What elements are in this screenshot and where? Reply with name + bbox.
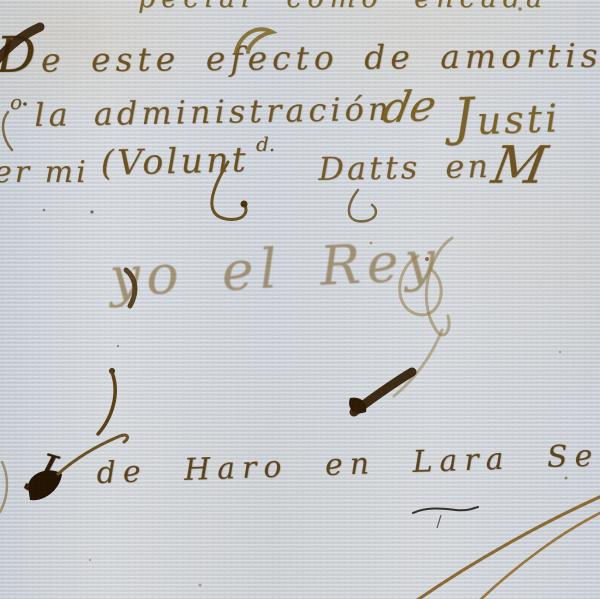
manuscript-line-top-clipped: pecial como encada: [138, 0, 548, 14]
royal-signature: yo el Rey: [108, 229, 443, 309]
manuscript-line-4-initial: M: [487, 136, 551, 196]
manuscript-photo: pecial como encada De este efecto de amo…: [0, 0, 600, 599]
bottom-right-flourish-lines: [416, 496, 600, 599]
manuscript-line-4-mid-superscript: d.: [256, 132, 275, 156]
manuscript-line-4-mid: (Volunt: [100, 140, 249, 184]
scratch-mark: [413, 507, 478, 528]
countersignature-initial: J: [30, 444, 61, 498]
manuscript-line-3-abbreviation: de: [378, 81, 440, 133]
countersignature: de Haro en Lara Serr: [96, 437, 600, 491]
manuscript-line-3-superscript: o: [10, 90, 22, 114]
ink-flourish-line3-left-curl: [3, 112, 12, 150]
manuscript-line-4-left: er mi: [0, 155, 89, 190]
manuscript-line-4-right: Datts en: [318, 147, 491, 188]
ink-mark-lone-descender: [98, 368, 115, 434]
ink-flourish-datts-descender: [349, 190, 376, 221]
manuscript-line-3-text: la administración: [34, 90, 393, 134]
manuscript-line-2: De este efecto de amortisación: [0, 20, 600, 84]
